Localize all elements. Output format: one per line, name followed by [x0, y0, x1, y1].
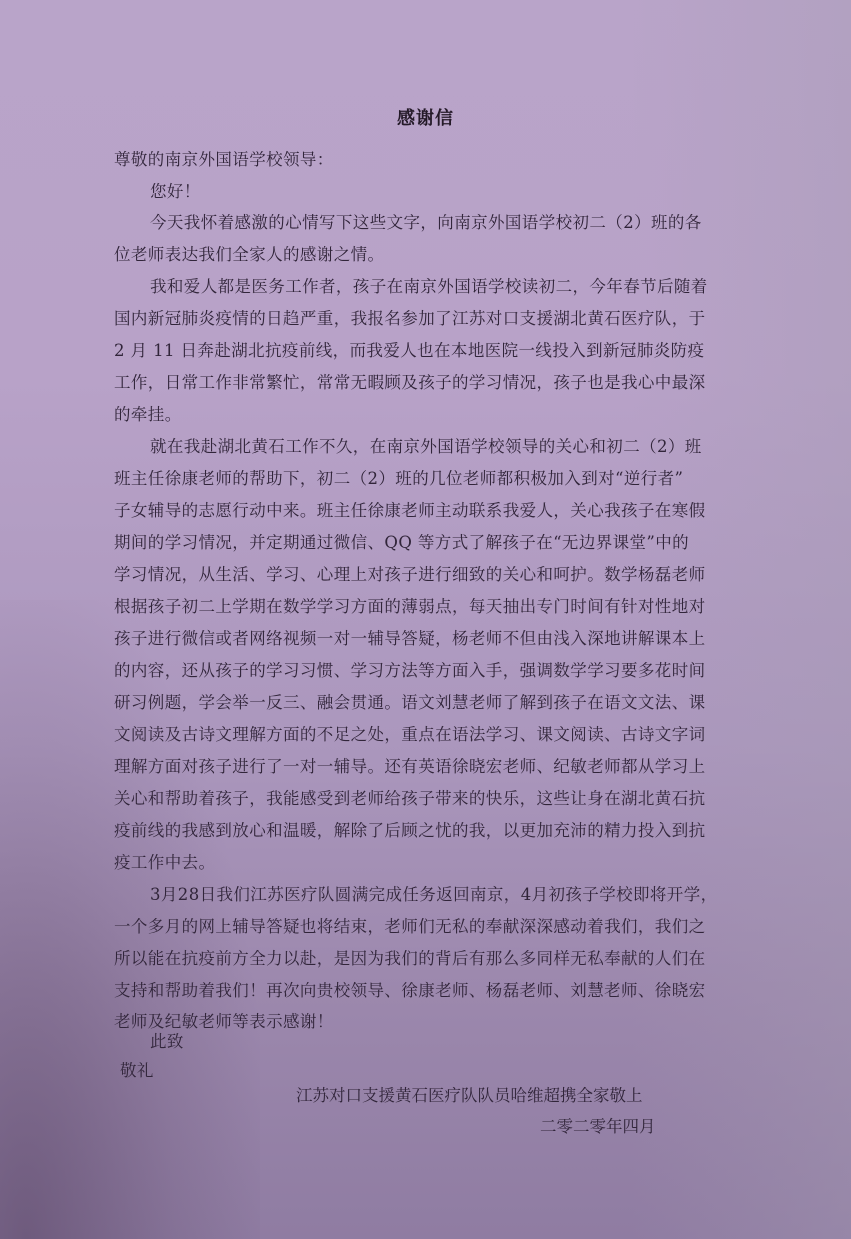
- paragraph-line: 疫工作中去。: [114, 853, 215, 873]
- greeting: 您好！: [150, 182, 201, 202]
- paragraph-line: 关心和帮助着孩子，我能感受到老师给孩子带来的快乐，这些让身在湖北黄石抗: [114, 789, 706, 809]
- salutation: 尊敬的南京外国语学校领导：: [114, 150, 334, 170]
- paragraph-line: 国内新冠肺炎疫情的日趋严重，我报名参加了江苏对口支援湖北黄石医疗队，于: [114, 309, 706, 329]
- paragraph-line: 一个多月的网上辅导答疑也将结束，老师们无私的奉献深深感动着我们，我们之: [114, 917, 706, 937]
- paragraph-line: 根据孩子初二上学期在数学学习方面的薄弱点，每天抽出专门时间有针对性地对: [114, 597, 706, 617]
- signature-sender: 江苏对口支援黄石医疗队队员哈维超携全家敬上: [296, 1082, 643, 1106]
- paragraph-line: 3月28日我们江苏医疗队圆满完成任务返回南京，4月初孩子学校即将开学，: [150, 885, 718, 905]
- paragraph-line: 班主任徐康老师的帮助下，初二（2）班的几位老师都积极加入到对“逆行者”: [114, 469, 683, 489]
- paragraph-line: 所以能在抗疫前方全力以赴，是因为我们的背后有那么多同样无私奉献的人们在: [114, 949, 706, 969]
- paragraph-line: 研习例题，学会举一反三、融会贯通。语文刘慧老师了解到孩子在语文文法、课: [114, 693, 706, 713]
- paragraph-line: 文阅读及古诗文理解方面的不足之处，重点在语法学习、课文阅读、古诗文字词: [114, 725, 706, 745]
- paragraph-line: 的牵挂。: [114, 405, 182, 425]
- paragraph-line: 疫前线的我感到放心和温暖，解除了后顾之忧的我，以更加充沛的精力投入到抗: [114, 821, 706, 841]
- letter-title: 感谢信: [0, 104, 851, 130]
- paragraph-line: 学习情况，从生活、学习、心理上对孩子进行细致的关心和呵护。数学杨磊老师: [114, 565, 706, 585]
- paragraph-line: 子女辅导的志愿行动中来。班主任徐康老师主动联系我爱人，关心我孩子在寒假: [114, 501, 706, 521]
- paragraph-line: 我和爱人都是医务工作者，孩子在南京外国语学校读初二，今年春节后随着: [150, 277, 708, 297]
- paragraph-line: 期间的学习情况，并定期通过微信、QQ 等方式了解孩子在“无边界课堂”中的: [114, 533, 689, 553]
- paragraph-line: 老师及纪敏老师等表示感谢！: [114, 1012, 334, 1032]
- paragraph-line: 理解方面对孩子进行了一对一辅导。还有英语徐晓宏老师、纪敏老师都从学习上: [114, 757, 706, 777]
- signature-date: 二零二零年四月: [540, 1113, 656, 1137]
- paragraph-line: 的内容，还从孩子的学习习惯、学习方法等方面入手，强调数学学习要多花时间: [114, 661, 706, 681]
- paragraph-line: 就在我赴湖北黄石工作不久，在南京外国语学校领导的关心和初二（2）班: [150, 437, 702, 457]
- paragraph-line: 孩子进行微信或者网络视频一对一辅导答疑，杨老师不但由浅入深地讲解课本上: [114, 629, 706, 649]
- closing-line-2: 敬礼: [120, 1061, 154, 1081]
- closing-line-1: 此致: [150, 1032, 184, 1052]
- paragraph-line: 工作，日常工作非常繁忙，常常无暇顾及孩子的学习情况，孩子也是我心中最深: [114, 373, 706, 393]
- paragraph-line: 位老师表达我们全家人的感谢之情。: [114, 245, 384, 265]
- letter-page: 感谢信 尊敬的南京外国语学校领导： 您好！ 今天我怀着感激的心情写下这些文字，向…: [0, 0, 851, 1239]
- paragraph-line: 支持和帮助着我们！再次向贵校领导、徐康老师、杨磊老师、刘慧老师、徐晓宏: [114, 981, 706, 1001]
- paragraph-line: 2 月 11 日奔赴湖北抗疫前线，而我爱人也在本地医院一线投入到新冠肺炎防疫: [114, 341, 704, 361]
- paragraph-line: 今天我怀着感激的心情写下这些文字，向南京外国语学校初二（2）班的各: [150, 213, 702, 233]
